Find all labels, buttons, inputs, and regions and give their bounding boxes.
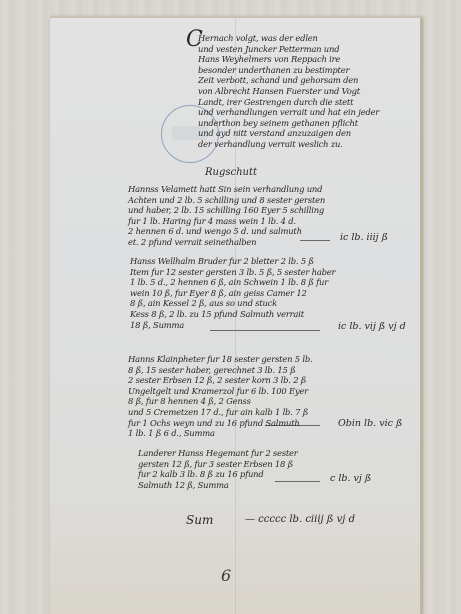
intro-line: Hernach volgt, was der edlen bbox=[198, 33, 379, 44]
entry-rule bbox=[275, 481, 320, 482]
entry-line: 8 ß, 15 sester haber, gerechnet 3 lb. 15… bbox=[128, 365, 312, 376]
entry-2-amount: ic lb. vij ß vj d bbox=[338, 321, 406, 332]
entry-rule bbox=[265, 425, 320, 426]
entry-line: Landerer Hanss Hegemant fur 2 sester bbox=[138, 448, 298, 459]
entry-line: und haber, 2 lb. 15 schilling 160 Eyer 5… bbox=[128, 205, 325, 216]
section-heading: Rugschutt bbox=[205, 167, 257, 178]
intro-line: der verhandlung verrait weslich zu. bbox=[198, 139, 379, 150]
intro-line: und vesten Juncker Petterman und bbox=[198, 44, 379, 55]
entry-line: Ungeltgelt und Kramerzol fur 6 lb. 100 E… bbox=[128, 386, 312, 397]
entry-line: Hanns Klainpheter fur 18 sester gersten … bbox=[128, 354, 312, 365]
entry-1: Hannss Velamett hatt Sin sein verhandlun… bbox=[128, 184, 325, 248]
entry-line: Kess 8 ß, 2 lb. zu 15 pfund Salmuth verr… bbox=[130, 309, 335, 320]
total-amount: — ccccc lb. ciiij ß vj d bbox=[245, 514, 355, 525]
entry-line: fur 1 Ochs weyn und zu 16 pfund Salmuth bbox=[128, 418, 312, 429]
intro-line: Hans Weyhelmers von Reppach ire bbox=[198, 54, 379, 65]
entry-line: und 5 Cremetzen 17 d., fur ain kalb 1 lb… bbox=[128, 407, 312, 418]
entry-line: fur 2 kalb 3 lb. 8 ß zu 16 pfund bbox=[138, 469, 298, 480]
entry-rule bbox=[300, 240, 330, 241]
intro-line: Zeit verbott, schand und gehorsam den bbox=[198, 75, 379, 86]
intro-line: und ayd nitt verstand anzuzaigen den bbox=[198, 128, 379, 139]
entry-line: fur 1 lb. Haring fur 4 mass wein 1 lb. 4… bbox=[128, 216, 325, 227]
intro-line: und verhandlungen verrait und hat ein je… bbox=[198, 107, 379, 118]
entry-1-amount: ic lb. iiij ß bbox=[340, 232, 388, 243]
entry-line: 1 lb. 5 d., 2 hennen 6 ß, ain Schwein 1 … bbox=[130, 277, 335, 288]
intro-line: besonder underthanen zu bestimpter bbox=[198, 65, 379, 76]
entry-line: 8 ß, fur 8 hennen 4 ß, 2 Genss bbox=[128, 396, 312, 407]
intro-line: von Albrecht Hansen Fuerster und Vogt bbox=[198, 86, 379, 97]
total-label: Sum bbox=[186, 513, 213, 527]
entry-2: Hanss Wellhalm Bruder fur 2 bletter 2 lb… bbox=[130, 256, 335, 330]
entry-3: Hanns Klainpheter fur 18 sester gersten … bbox=[128, 354, 312, 439]
entry-line: et. 2 pfund verrait seinethalben bbox=[128, 237, 325, 248]
entry-line: Hannss Velamett hatt Sin sein verhandlun… bbox=[128, 184, 325, 195]
intro-paragraph: Hernach volgt, was der edlen und vesten … bbox=[198, 33, 379, 150]
entry-line: Item fur 12 sester gersten 3 lb. 5 ß, 5 … bbox=[130, 267, 335, 278]
entry-line: 8 ß, ain Kessel 2 ß, aus so und stuck bbox=[130, 298, 335, 309]
page-number: 6 bbox=[221, 566, 231, 585]
entry-rule bbox=[210, 330, 320, 331]
entry-line: wein 10 ß, fur Eyer 8 ß, ain geiss Camer… bbox=[130, 288, 335, 299]
entry-line: 2 hennen 6 d. und wengo 5 d. und salmuth bbox=[128, 226, 325, 237]
entry-4: Landerer Hanss Hegemant fur 2 sester ger… bbox=[138, 448, 298, 490]
intro-line: underthon bey seinem gethanen pflicht bbox=[198, 118, 379, 129]
entry-4-amount: c lb. vj ß bbox=[330, 473, 371, 484]
entry-line: gersten 12 ß, fur 3 sester Erbsen 18 ß bbox=[138, 459, 298, 470]
entry-line: Achten und 2 lb. 5 schilling und 8 seste… bbox=[128, 195, 325, 206]
intro-line: Landt, irer Gestrengen durch die stett bbox=[198, 97, 379, 108]
entry-3-amount: Obin lb. vic ß bbox=[338, 418, 402, 429]
entry-line: Salmuth 12 ß, Summa bbox=[138, 480, 298, 491]
entry-line: 1 lb. 1 ß 6 d., Summa bbox=[128, 428, 312, 439]
entry-line: 2 sester Erbsen 12 ß, 2 sester korn 3 lb… bbox=[128, 375, 312, 386]
entry-line: Hanss Wellhalm Bruder fur 2 bletter 2 lb… bbox=[130, 256, 335, 267]
entry-line: 18 ß, Summa bbox=[130, 320, 335, 331]
